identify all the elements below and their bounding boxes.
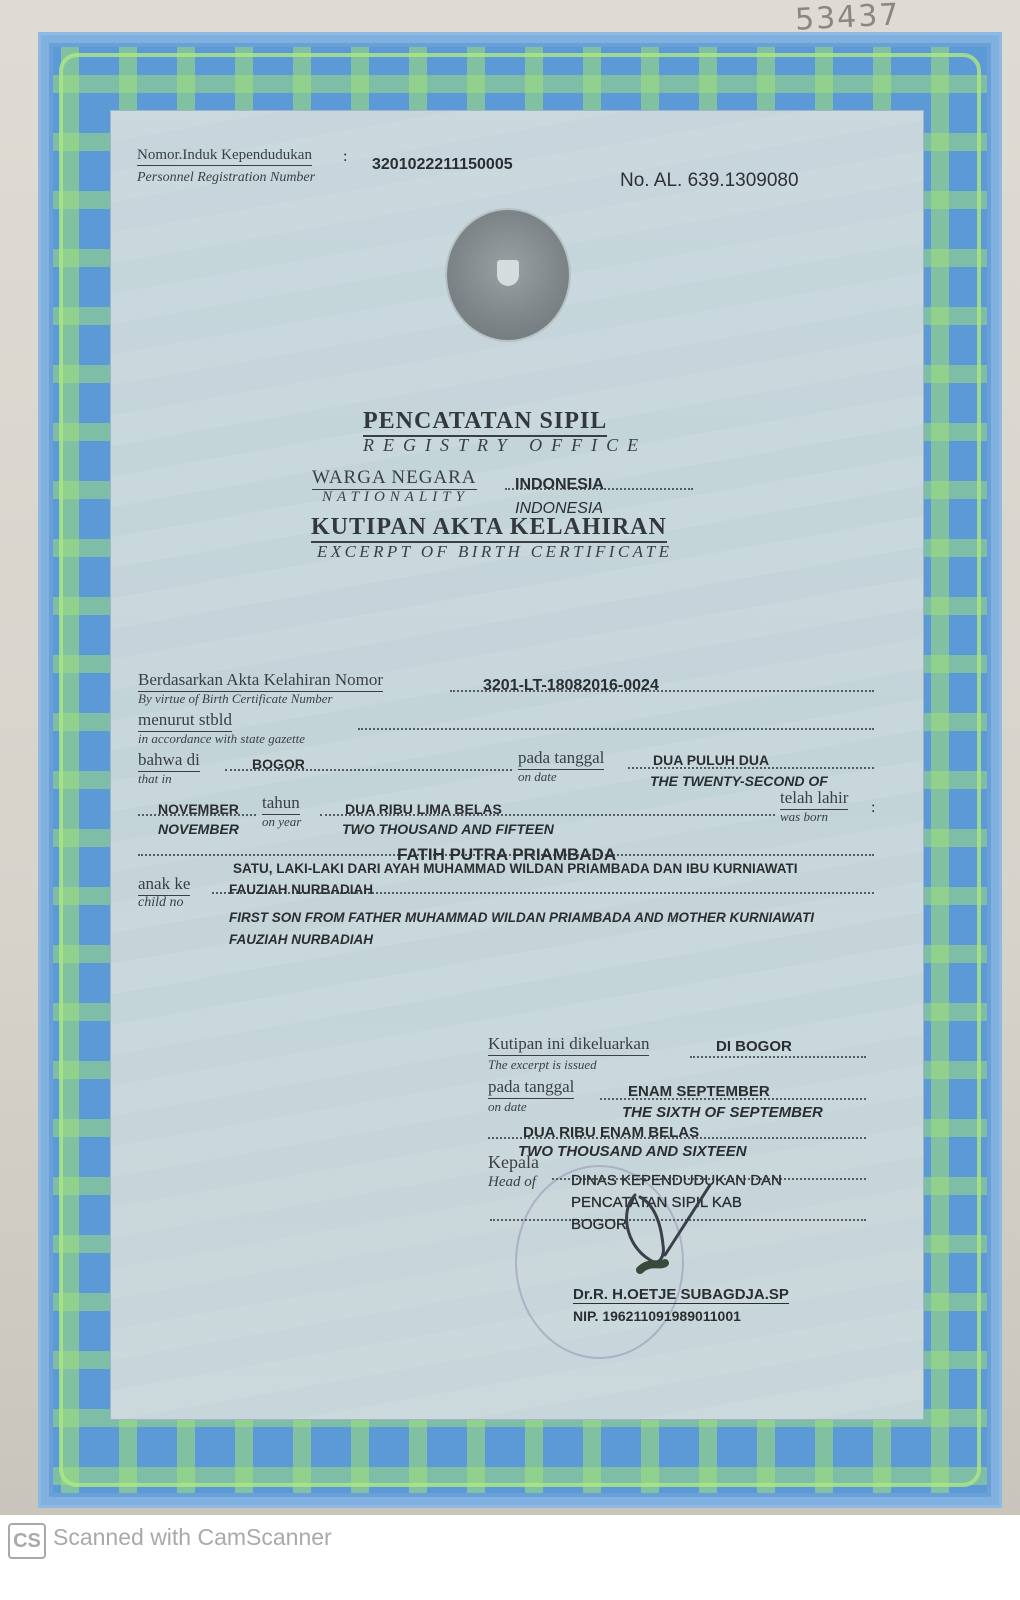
- issue-year-value-en: TWO THOUSAND AND SIXTEEN: [518, 1143, 747, 1160]
- head-label-en: Head of: [488, 1174, 536, 1191]
- issued-place-value: DI BOGOR: [716, 1038, 792, 1055]
- birthdate-value-en: THE TWENTY-SECOND OF: [650, 773, 828, 789]
- birthplace-label: bahwa di: [138, 750, 200, 772]
- birthdate-label-en: on date: [518, 769, 557, 785]
- child-description-line2: FAUZIAH NURBADIAH: [229, 882, 373, 897]
- stbld-label-en: in accordance with state gazette: [138, 731, 305, 747]
- document-title: KUTIPAN AKTA KELAHIRAN: [311, 514, 667, 543]
- nationality-label: WARGA NEGARA: [312, 467, 477, 490]
- head-label: Kepala: [488, 1152, 539, 1173]
- birthdate-label: pada tanggal: [518, 748, 604, 770]
- born-label: telah lahir: [780, 788, 848, 810]
- birthdate-value: DUA PULUH DUA: [653, 752, 769, 768]
- official-nip: NIP. 196211091989011001: [573, 1308, 741, 1324]
- document-title-en: EXCERPT OF BIRTH CERTIFICATE: [317, 542, 672, 562]
- birth-year-value: DUA RIBU LIMA BELAS: [345, 801, 502, 817]
- issue-date-value-en: THE SIXTH OF SEPTEMBER: [622, 1104, 823, 1121]
- serial-number: No. AL. 639.1309080: [620, 170, 799, 192]
- stbld-dotted-line: [358, 728, 874, 730]
- issue-date-value: ENAM SEPTEMBER: [628, 1083, 770, 1100]
- office-title: PENCATATAN SIPIL: [363, 408, 607, 437]
- child-description-en: FIRST SON FROM FATHER MUHAMMAD WILDAN PR…: [229, 910, 814, 925]
- nationality-label-en: NATIONALITY: [322, 489, 469, 506]
- cert-number-value: 3201-LT-18082016-0024: [483, 677, 659, 695]
- cert-number-label-en: By virtue of Birth Certificate Number: [138, 691, 333, 707]
- birthplace-value: BOGOR: [252, 756, 305, 772]
- issued-label-en: The excerpt is issued: [488, 1057, 597, 1073]
- issued-place-dotted-line: [690, 1056, 866, 1058]
- issued-label: Kutipan ini dikeluarkan: [488, 1034, 649, 1056]
- issue-date-label: pada tanggal: [488, 1077, 574, 1099]
- issue-year-value: DUA RIBU ENAM BELAS: [523, 1124, 699, 1141]
- issue-date-label-en: on date: [488, 1099, 527, 1115]
- emblem-icon: [497, 260, 519, 286]
- official-name: Dr.R. H.OETJE SUBAGDJA.SP: [573, 1286, 789, 1304]
- embossed-seal: [447, 210, 569, 340]
- nik-label-en: Personnel Registration Number: [137, 170, 315, 186]
- child-description-en-line2: FAUZIAH NURBADIAH: [229, 932, 373, 947]
- child-number-label: anak ke: [138, 874, 190, 896]
- born-colon: :: [871, 799, 875, 817]
- nationality-value: INDONESIA: [515, 476, 604, 494]
- nik-colon: :: [343, 148, 347, 166]
- year-label: tahun: [262, 793, 300, 815]
- birth-month-value-en: NOVEMBER: [158, 821, 239, 837]
- camscanner-logo-icon: CS: [8, 1523, 46, 1559]
- signature-icon: [615, 1175, 725, 1280]
- year-label-en: on year: [262, 814, 301, 830]
- office-title-en: REGISTRY OFFICE: [363, 435, 647, 456]
- child-description: SATU, LAKI-LAKI DARI AYAH MUHAMMAD WILDA…: [233, 861, 797, 876]
- nik-label: Nomor.Induk Kependudukan: [137, 147, 312, 166]
- nik-value: 3201022211150005: [372, 156, 513, 174]
- child-number-label-en: child no: [138, 895, 184, 911]
- birthplace-label-en: that in: [138, 771, 172, 787]
- stbld-label: menurut stbld: [138, 710, 232, 732]
- scanner-watermark: Scanned with CamScanner: [53, 1524, 332, 1551]
- born-label-en: was born: [780, 809, 828, 825]
- birth-year-value-en: TWO THOUSAND AND FIFTEEN: [342, 821, 554, 837]
- cert-number-label: Berdasarkan Akta Kelahiran Nomor: [138, 670, 383, 692]
- birth-month-value: NOVEMBER: [158, 801, 239, 817]
